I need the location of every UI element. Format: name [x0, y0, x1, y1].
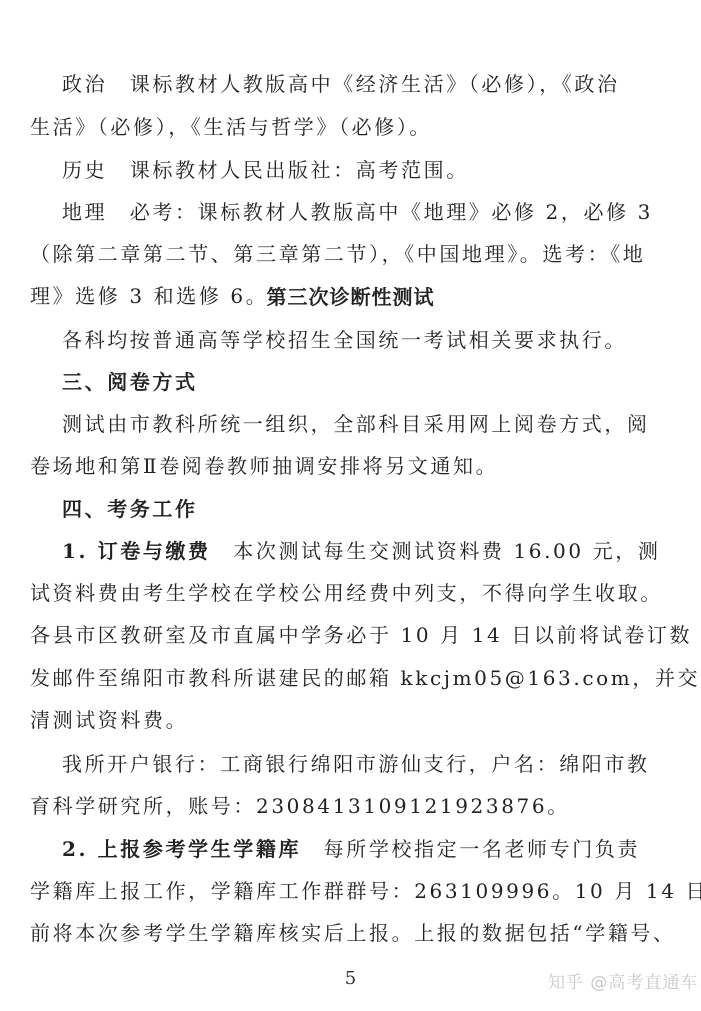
text-line-history: 历史 课标教材人民出版社：高考范围。 [62, 156, 522, 184]
text-line-student-registry: 2. 上报参考学生学籍库 每所学校指定一名老师专门负责 [62, 835, 522, 863]
text-line: 卷场地和第Ⅱ卷阅卷教师抽调安排将另文通知。 [30, 452, 490, 480]
text-line-order-fee: 1. 订卷与缴费 本次测试每生交测试资料费 16.00 元，测 [62, 537, 522, 565]
text-line: 试资料费由考生学校在学校公用经费中列支，不得向学生收取。 [30, 579, 490, 607]
section-heading-marking: 三、阅卷方式 [62, 368, 522, 396]
text-line-bank: 我所开户银行：工商银行绵阳市游仙支行，户名：绵阳市教 [62, 750, 522, 778]
text-line: 学籍库上报工作，学籍库工作群群号：263109996。10 月 14 日 [30, 877, 490, 905]
text-line: （除第二章第二节、第三章第二节），《中国地理》。选考：《地 [30, 240, 490, 268]
text-line-politics: 政治 课标教材人教版高中《经济生活》（必修），《政治 [62, 70, 522, 98]
text-line-geography: 地理 必考：课标教材人教版高中《地理》必修 2，必修 3 [62, 198, 522, 226]
watermark: 知乎 @高考直通车 [548, 968, 698, 993]
document-page: 政治 课标教材人教版高中《经济生活》（必修），《政治 生活》（必修），《生活与哲… [0, 0, 701, 1011]
text-line: 前将本次参考学生学籍库核实后上报。上报的数据包括“学籍号、 [30, 919, 490, 947]
text-line-account: 育科学研究所，账号：2308413109121923876。 [30, 792, 490, 820]
text-line: 各科均按普通高等学校招生全国统一考试相关要求执行。 [62, 326, 522, 354]
text-line: 清测试资料费。 [30, 706, 490, 734]
subheading-student-registry: 2. 上报参考学生学籍库 [62, 837, 301, 861]
section-heading-exam-affairs: 四、考务工作 [62, 495, 522, 523]
subheading-order-fee: 1. 订卷与缴费 [62, 539, 211, 563]
text-line: 生活》（必修），《生活与哲学》（必修）。 [30, 113, 490, 141]
text-line: 测试由市教科所统一组织，全部科目采用网上阅卷方式，阅 [62, 410, 522, 438]
section-heading-third-test: 第三次诊断性测试 [0, 283, 701, 311]
text-line-email: 发邮件至绵阳市教科所谌建民的邮箱 kkcjm05@163.com，并交 [30, 664, 490, 692]
text-line: 各县市区教研室及市直属中学务必于 10 月 14 日以前将试卷订数 [30, 621, 490, 649]
